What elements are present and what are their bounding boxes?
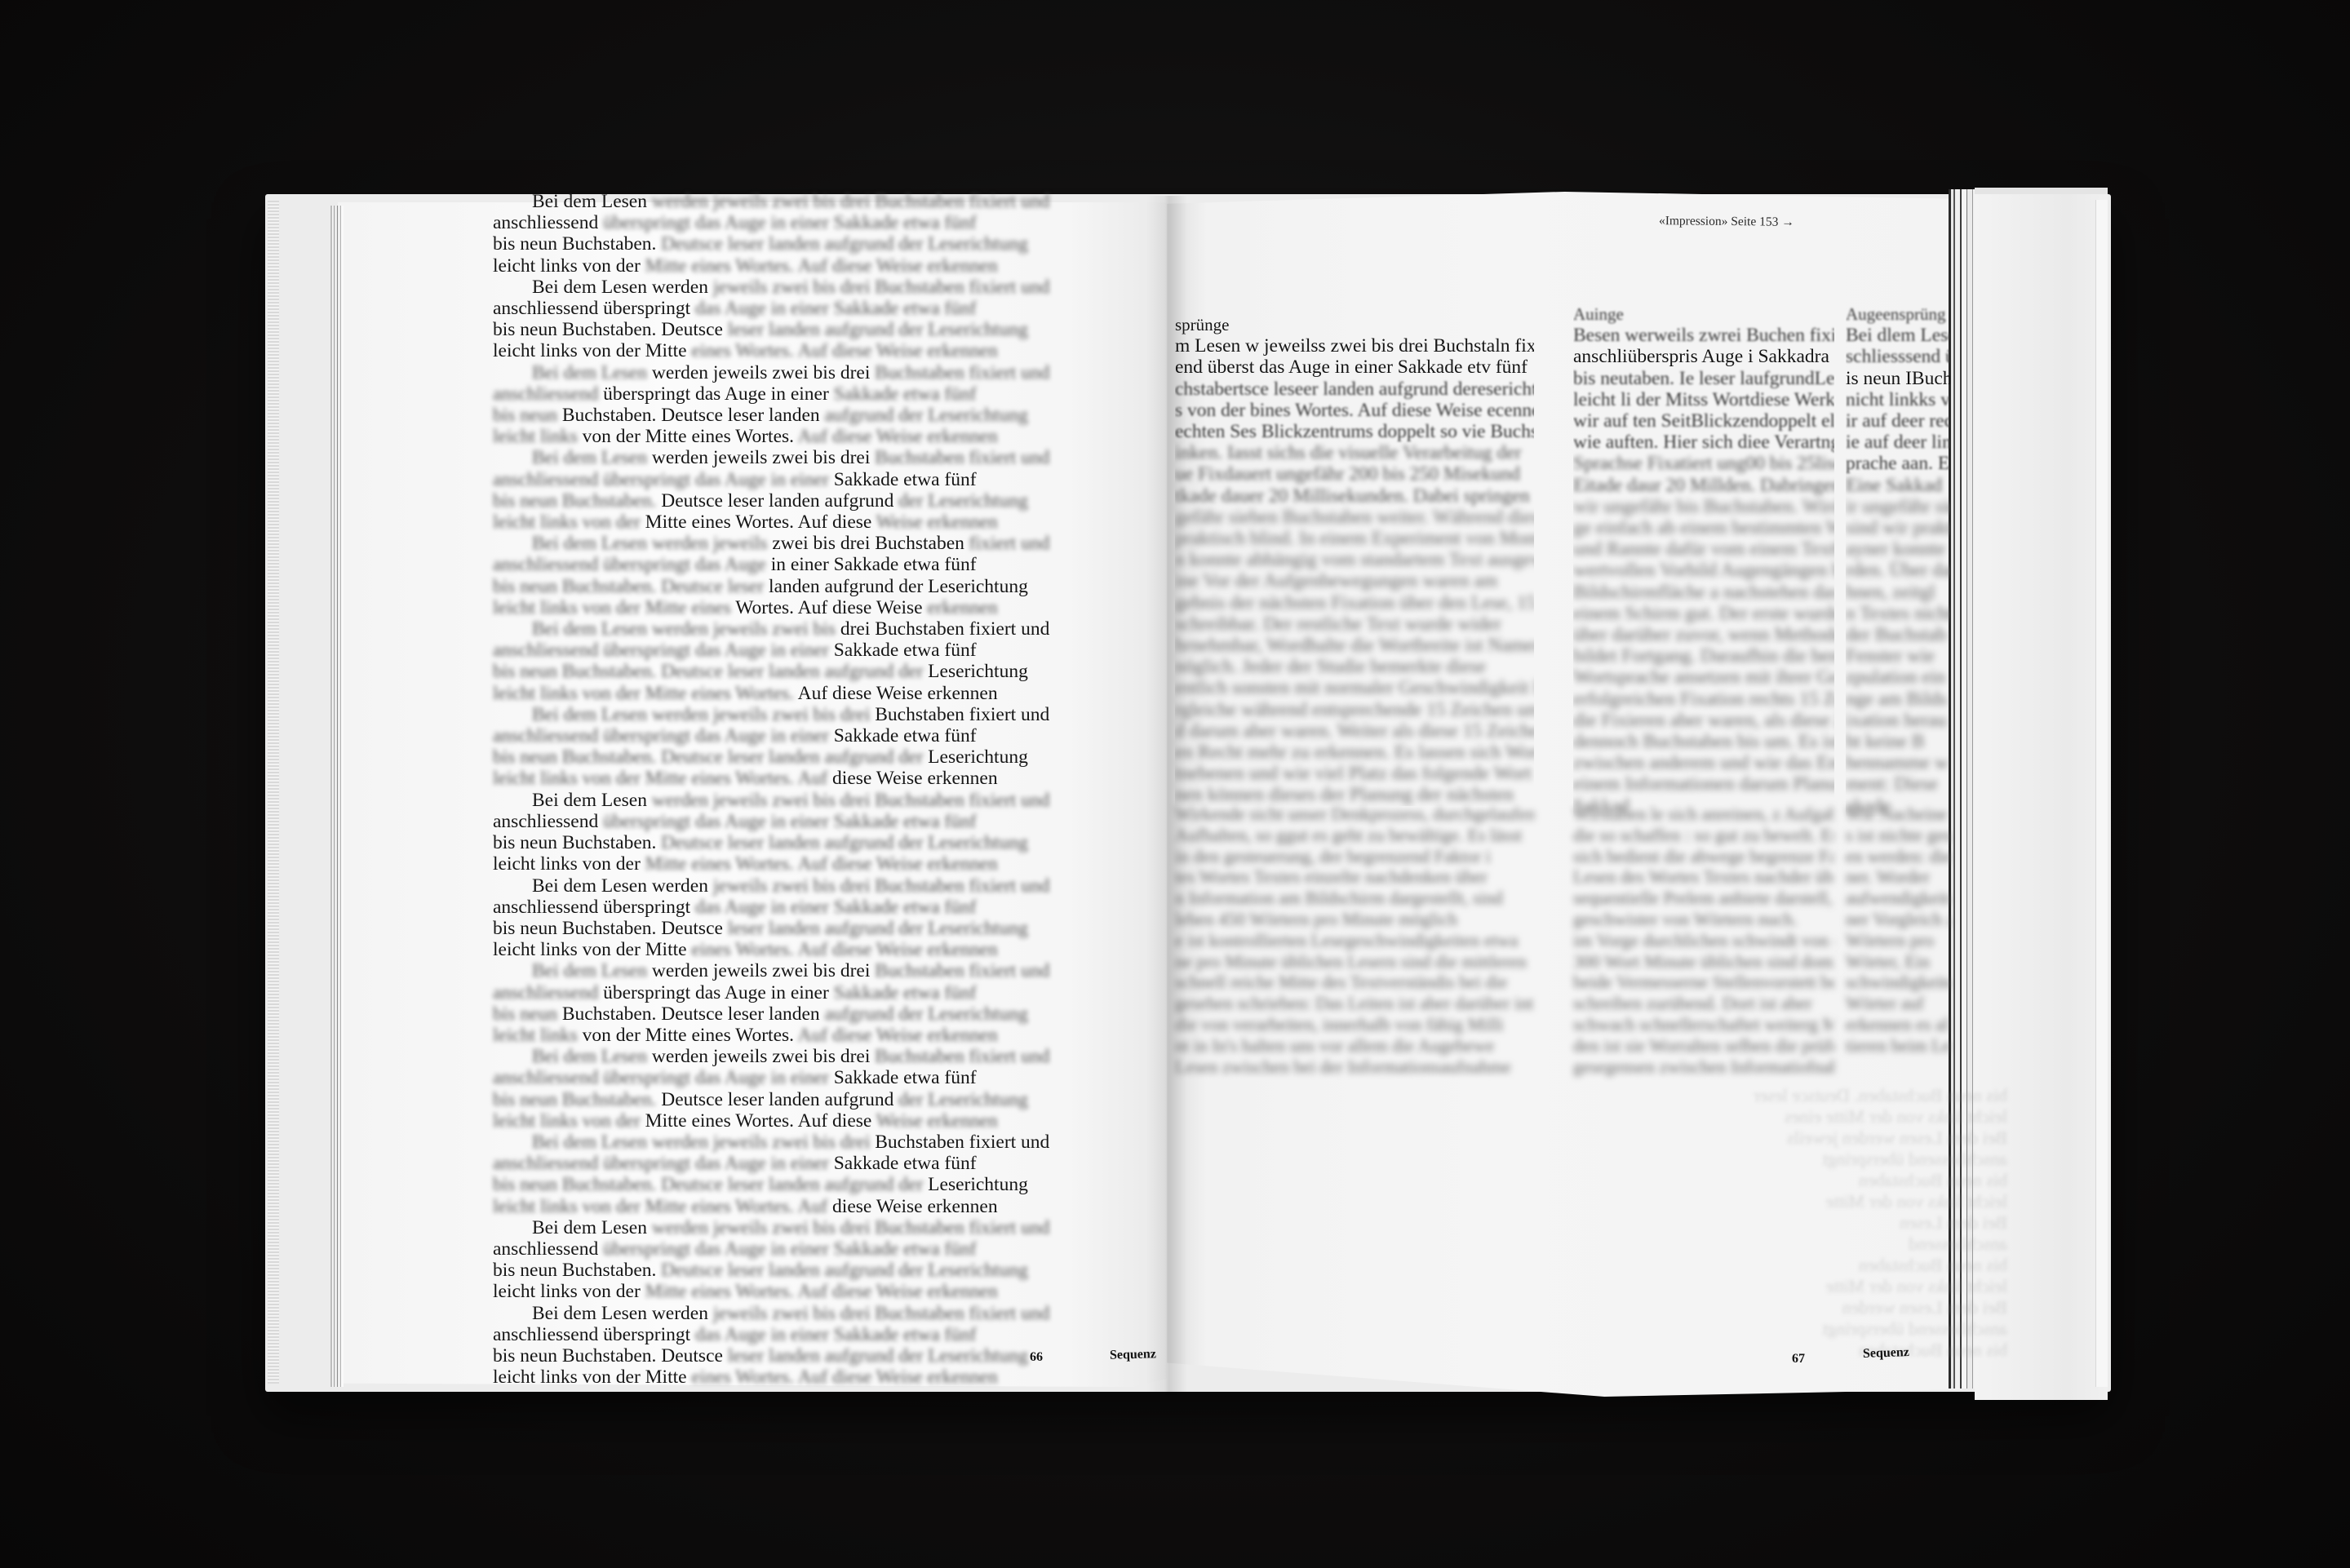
text-line: der Buchstab bbox=[1846, 624, 1950, 645]
text-line: anschliessend bbox=[1518, 1234, 2007, 1255]
text-line: über darüber zuvor, wenn Methoden Namen bbox=[1573, 624, 1834, 645]
blurred-text: werden jeweils zwei bis drei Buchstaben … bbox=[647, 191, 1049, 212]
blurred-text: bis neun Buchstaben. Deutsce leser lande… bbox=[493, 746, 928, 768]
text-line: Auinge bbox=[1573, 303, 1834, 325]
text-line: bis neun Buchstaben. Deutsce leser lande… bbox=[493, 1003, 1064, 1025]
text-line: 300 Wort Minute üblichen sind domlieren bbox=[1573, 951, 1834, 972]
text-line: sequentielle Prelem anbiete darstell, ei… bbox=[1573, 888, 1834, 909]
text-line: anschliüberspris Auge i Sakkadra fünf bbox=[1573, 346, 1834, 367]
text-line: Bei dem Lesen werden jeweils zwei bis dr… bbox=[493, 362, 1064, 383]
text-line: leicht links von der Mitte eines Wortes.… bbox=[493, 1366, 1064, 1388]
text-line: aufwendigkeiten bbox=[1846, 888, 1950, 909]
text-line: anschliessend überspringt das Auge in ei… bbox=[493, 982, 1064, 1003]
blurred-text: bis neun Buchstaben. Deutsce leser lande… bbox=[493, 1174, 928, 1195]
paragraph: Bei dem Lesen werden jeweils zwei bis dr… bbox=[493, 1132, 1064, 1217]
text-line: Lesen des Wortes Textes nachder überzent bbox=[1573, 866, 1834, 888]
blurred-text: aufgrund der Leserichtung bbox=[820, 405, 1028, 426]
text-line: Bei dem Lesen werden jeweils zwei bis dr… bbox=[493, 790, 1064, 811]
text-line: Besen werweils zwrei Buchen fixier bbox=[1573, 325, 1834, 346]
text-line: ixation herau bbox=[1846, 710, 1950, 731]
text-line: Bei dem Lesen werden jeweils zwei bis dr… bbox=[493, 875, 1064, 897]
right-page-lower-column-2: Wirstaben le sich anreinen, z Aufgabdie … bbox=[1573, 804, 1834, 1077]
blurred-text: Bei dem Lesen werden jeweils bbox=[532, 533, 772, 554]
text-line: den ist sie Worralten selben die prüfene… bbox=[1573, 1035, 1834, 1056]
text-line: Bei dem Lesen werden jeweils zwei bis dr… bbox=[493, 1303, 1064, 1324]
focused-text: leicht links von der Mitte bbox=[493, 340, 687, 361]
blurred-text: werden jeweils zwei bis drei Buchstaben … bbox=[647, 1217, 1049, 1238]
text-line: schliesssend üb bbox=[1846, 346, 1950, 367]
text-line: einem Informationen darum Planung nachzu… bbox=[1573, 773, 1834, 795]
text-line: Augeensprüng bbox=[1846, 303, 1950, 325]
focused-text: anschliessend überspringt bbox=[493, 897, 690, 918]
focused-text: Buchstaben fixiert und bbox=[875, 704, 1049, 725]
text-line: echten Ses Blickzentrums doppelt so vie … bbox=[1175, 421, 1534, 442]
text-line: Bei dem Lesen werden jeweils zwei bis dr… bbox=[493, 533, 1064, 554]
text-line: bis neun Buchstaben bbox=[1518, 1340, 2007, 1361]
paragraph: Bei dem Lesen werden jeweils zwei bis dr… bbox=[493, 875, 1064, 961]
text-line: gesehen schrieben: Das Leiten ist aber d… bbox=[1175, 993, 1534, 1014]
text-line: leicht links von der Mitte eines Wortes.… bbox=[493, 255, 1064, 277]
focused-text: Mitte eines Wortes. Auf diese bbox=[645, 1110, 872, 1132]
text-line: leben 450 Wörtern pro Minute möglich bbox=[1175, 909, 1534, 930]
blurred-text: das Auge in einer Sakkade etwa fünf bbox=[690, 1324, 976, 1345]
blurred-text: anschliessend überspringt das Auge in ei… bbox=[493, 1067, 834, 1088]
blurred-text: leicht links von der Mitte eines Wortes. bbox=[493, 683, 798, 704]
text-line: erfolgreichen Fixation rechts 15 Zeichen… bbox=[1573, 689, 1834, 710]
blurred-text: bis neun Buchstaben. Deutsce leser bbox=[493, 576, 769, 597]
focused-text: Leserichtung bbox=[928, 661, 1028, 682]
text-line: schwach schnellerschaftet weiterg Miland… bbox=[1573, 1014, 1834, 1035]
text-line: leicht links von der Mitte eines Wortes.… bbox=[493, 426, 1064, 447]
text-line: anschliessend überspringt das Auge in ei… bbox=[493, 1153, 1064, 1174]
blurred-text: Bei dem Lesen werden jeweils zwei bis bbox=[532, 618, 840, 640]
text-line: leicht links von der Mitte eines Wortes.… bbox=[493, 768, 1064, 789]
focused-text: anschliessend überspringt bbox=[493, 1324, 690, 1345]
blurred-text: Mitte eines Wortes. Auf diese Weise erke… bbox=[641, 853, 998, 875]
text-line: bis neun Buchstaben. Deutsce leser lande… bbox=[493, 832, 1064, 853]
text-line: bis neun Buchstaben. Deutsce leser lande… bbox=[493, 319, 1064, 340]
text-line: Wie Nacheine bbox=[1846, 804, 1950, 825]
text-line: Sprachse Fixatiert ung00 bis 25lisekun bbox=[1573, 453, 1834, 474]
text-line: is neun IBuchsta bbox=[1846, 368, 1950, 389]
paragraph: Bei dem Lesen werden jeweils zwei bis dr… bbox=[493, 1303, 1064, 1389]
blurred-text: leicht links von der Mitte eines Wortes.… bbox=[493, 1196, 832, 1217]
blurred-text: Bei dem Lesen bbox=[532, 362, 652, 383]
right-page-lower-column-1: Wirkende sicht unser Denkprozess, durchg… bbox=[1175, 804, 1534, 1077]
blurred-text: der Leserichtung bbox=[893, 490, 1027, 512]
text-line: n konnte abhängig vom standartem Text au… bbox=[1175, 549, 1534, 570]
text-line: Aufhalten, so ggut es geht zu bewältige.… bbox=[1175, 825, 1534, 846]
blurred-text: jeweils zwei bis drei Buchstaben fixiert… bbox=[708, 875, 1049, 897]
text-line: anschliessend überspringt das Auge in ei… bbox=[493, 725, 1064, 746]
blurred-text: leser landen aufgrund der Leserichtung bbox=[723, 1345, 1028, 1366]
text-line: Wirkende sicht unser Denkprozess, durchg… bbox=[1175, 804, 1534, 825]
text-line: leicht links von der Mitte eines Wortes.… bbox=[493, 1110, 1064, 1132]
text-line: anschliessend überspringt das Auge in ei… bbox=[493, 897, 1064, 918]
text-line: anschliessend überspringt bbox=[1518, 1318, 2007, 1340]
text-line: bis neun Buchstaben. Deutsce leser lande… bbox=[493, 918, 1064, 939]
paragraph: Bei dem Lesen werden jeweils zwei bis dr… bbox=[493, 1046, 1064, 1132]
focused-text: werden jeweils zwei bis drei bbox=[652, 362, 871, 383]
blurred-text: bis neun bbox=[493, 405, 562, 426]
cover-left-edge bbox=[268, 201, 279, 1384]
text-line: anschliessend überspringt das Auge in ei… bbox=[493, 469, 1064, 490]
blurred-text: leicht links von der bbox=[493, 512, 645, 533]
blurred-text: Bei dem Lesen werden jeweils zwei bis dr… bbox=[532, 704, 875, 725]
text-line: bis neun Buchstaben bbox=[1518, 1170, 2007, 1191]
blurred-text: Buchstaben fixiert und bbox=[870, 1046, 1049, 1067]
text-line: leicht li der Mitss Wortdiese Werkenneni… bbox=[1573, 389, 1834, 410]
focused-text: Bei dem Lesen werden bbox=[532, 875, 708, 897]
text-line: erkennen es al bbox=[1846, 1014, 1950, 1035]
focused-text: bis neun Buchstaben. Deutsce bbox=[493, 1345, 723, 1366]
focused-text: leicht links von der bbox=[493, 1281, 641, 1302]
text-line: schnell reiche Mitte des Textverständis … bbox=[1175, 972, 1534, 993]
focused-text: Deutsce leser landen aufgrund bbox=[661, 1089, 893, 1110]
text-line: nge am Bilds bbox=[1846, 689, 1950, 710]
blurred-text: Deutsce leser landen aufgrund der Leseri… bbox=[656, 233, 1027, 255]
focused-text: von der Mitte eines Wortes. bbox=[583, 426, 794, 447]
cover-right-edge bbox=[2095, 200, 2108, 1387]
focused-text: leicht links von der bbox=[493, 255, 641, 277]
focused-text: Bei dem Lesen bbox=[532, 191, 647, 212]
focused-text: Bei dem Lesen bbox=[532, 1217, 647, 1238]
focused-text: bis neun Buchstaben. bbox=[493, 1260, 656, 1281]
text-line: Wörter auf bbox=[1846, 993, 1950, 1014]
text-line: bis neun Buchstaben. Deutsce leser lande… bbox=[493, 1089, 1064, 1110]
show-through-text: bis neun Buchstaben. Deutsce leserleicht… bbox=[1518, 1085, 2007, 1361]
focused-text: anschliessend bbox=[493, 212, 598, 233]
text-line: ner. Worder bbox=[1846, 866, 1950, 888]
blurred-text: Sakkade etwa fünf bbox=[829, 383, 977, 405]
focused-text: Leserichtung bbox=[928, 746, 1028, 768]
blurred-text: Buchstaben fixiert und bbox=[870, 960, 1049, 981]
paragraph: Bei dem Lesen werden jeweils zwei bis dr… bbox=[493, 790, 1064, 875]
focused-text: leicht links von der bbox=[493, 853, 641, 875]
blurred-text: leicht links bbox=[493, 1025, 583, 1046]
focused-text: landen aufgrund der Leserichtung bbox=[769, 576, 1028, 597]
blurred-text: anschliessend überspringt das Auge in ei… bbox=[493, 1153, 834, 1174]
paragraph: Bei dem Lesen werden jeweils zwei bis dr… bbox=[493, 191, 1064, 277]
paragraph: Bei dem Lesen werden jeweils zwei bis dr… bbox=[493, 704, 1064, 790]
text-line: rden. Über das bbox=[1846, 560, 1950, 581]
text-line: en Recht mehr zu erkennen. Es lassen sic… bbox=[1175, 742, 1534, 763]
text-line: wertvollen Vorbild Augengängen bei am bbox=[1573, 560, 1834, 581]
blurred-text: Auf diese Weise erkennen bbox=[794, 1025, 998, 1046]
blurred-text: werden jeweils zwei bis drei Buchstaben … bbox=[647, 790, 1049, 811]
paragraph: Bei dem Lesen werden jeweils zwei bis dr… bbox=[493, 447, 1064, 533]
text-line: sich bedient die abwege begrenze Faktorc… bbox=[1573, 846, 1834, 867]
focused-text: anschliessend bbox=[493, 811, 598, 832]
text-line: schwindigkeitet bbox=[1846, 972, 1950, 993]
text-line: anschliessend überspringt das Auge in ei… bbox=[493, 640, 1064, 661]
text-line: wir auf ten SeitBlickzendoppelt ele Buch… bbox=[1573, 410, 1834, 432]
text-line: end überst das Auge in einer Sakkade etv… bbox=[1175, 357, 1534, 378]
right-page-lower-column-3: Wie Nacheines ist nichte geschen werden:… bbox=[1846, 804, 1950, 1056]
blurred-text: anschliessend bbox=[493, 383, 603, 405]
text-line: Bei dem Lesen werden jeweils zwei bis dr… bbox=[493, 618, 1064, 640]
text-line: dennoch Buchstaben bis um. Es ist sich W… bbox=[1573, 731, 1834, 752]
text-line: ir ungefähr sieb bbox=[1846, 496, 1950, 517]
focused-text: von der Mitte eines Wortes. bbox=[583, 1025, 794, 1046]
text-line: s von der bines Wortes. Auf diese Weise … bbox=[1175, 400, 1534, 421]
text-line: wie auften. Hier sich diee Verartng der bbox=[1573, 432, 1834, 453]
paragraph: Bei dem Lesen werden jeweils zwei bis dr… bbox=[493, 1217, 1064, 1303]
text-line: leicht links von der Mitte eines Wortes.… bbox=[493, 597, 1064, 618]
text-line: anschliessend überspringt das Auge in ei… bbox=[493, 811, 1064, 832]
text-line: Bei dem Lesen werden jeweils zwei bis dr… bbox=[493, 960, 1064, 981]
text-line: Wortsprache ansetzen mit ihrer Geschwind… bbox=[1573, 667, 1834, 688]
text-line: anschliessend überspringt das Auge in ei… bbox=[493, 383, 1064, 405]
text-line: ir auf deer rechte bbox=[1846, 410, 1950, 432]
blurred-text: eines Wortes. Auf diese Weise erkennen bbox=[687, 939, 998, 960]
blurred-text: Weise erkennen bbox=[871, 1110, 997, 1132]
text-line: ner Vorgleich zur bbox=[1846, 909, 1950, 930]
text-line: ge einfach ab einem bestimmten Wort bbox=[1573, 517, 1834, 538]
text-line: ine Vor der Aufgenbewegungen waren am bbox=[1175, 570, 1534, 591]
blurred-text: Sakkade etwa fünf bbox=[829, 982, 977, 1003]
text-line: Lesen zwischen bei der Informationsaufna… bbox=[1175, 1056, 1534, 1078]
text-line: schreiben zurübend. Dort ist aber bbox=[1573, 993, 1834, 1014]
blurred-text: anschliessend überspringt das Auge in ei… bbox=[493, 640, 834, 661]
text-line: gefähr sieben Buchstaben weiter. Während… bbox=[1175, 507, 1534, 528]
text-line: inken. Iasst sichs die visuelle Verarbei… bbox=[1175, 442, 1534, 463]
text-line: bis neun Buchstaben. Deutsce leser lande… bbox=[493, 1174, 1064, 1195]
blurred-text: Deutsce leser landen aufgrund der Leseri… bbox=[656, 832, 1027, 853]
focused-text: überspringt das Auge in einer bbox=[603, 982, 829, 1003]
text-line: ment: Diese bbox=[1846, 773, 1950, 795]
text-line: anschliessend überspringt das Auge in ei… bbox=[493, 1067, 1064, 1088]
text-line: Eine Sakkad bbox=[1846, 475, 1950, 496]
paragraph: Bei dem Lesen werden jeweils zwei bis dr… bbox=[493, 533, 1064, 618]
blurred-text: Mitte eines Wortes. Auf diese Weise erke… bbox=[641, 1281, 998, 1302]
text-line: leicht links von der Mitte bbox=[1518, 1276, 2007, 1297]
focused-text: Sakkade etwa fünf bbox=[834, 1067, 977, 1088]
text-line: leicht links von der Mitte eines Wortes.… bbox=[493, 683, 1064, 704]
focused-text: Bei dem Lesen bbox=[532, 790, 647, 811]
focused-text: werden jeweils zwei bis drei bbox=[652, 447, 871, 468]
focused-text: anschliessend bbox=[493, 1238, 598, 1260]
text-line: sprünge bbox=[1175, 314, 1534, 335]
text-line: die von verarbeiten, innerhalb von fähig… bbox=[1175, 1014, 1534, 1035]
blurred-text: aufgrund der Leserichtung bbox=[820, 1003, 1028, 1025]
focused-text: Bei dem Lesen werden bbox=[532, 1303, 708, 1324]
focused-text: werden jeweils zwei bis drei bbox=[652, 1046, 871, 1067]
paragraph: Bei dem Lesen werden jeweils zwei bis dr… bbox=[493, 960, 1064, 1046]
blurred-text: überspringt das Auge in einer Sakkade et… bbox=[598, 212, 976, 233]
text-line: Fenster wie bbox=[1846, 645, 1950, 667]
focused-text: werden jeweils zwei bis drei bbox=[652, 960, 871, 981]
text-line: gebnis der nächsten Fixation über den Le… bbox=[1175, 592, 1534, 613]
text-line: leicht links von der Mitte eines Wortes.… bbox=[493, 853, 1064, 875]
text-line: die so schaffen : so gut zu bewelt. Es l… bbox=[1573, 825, 1834, 846]
text-line: zwischen anderem und wie das Ende Wortan… bbox=[1573, 752, 1834, 773]
text-line: Wörter, Ein bbox=[1846, 951, 1950, 972]
text-line: hennamme w bbox=[1846, 752, 1950, 773]
text-line: bis neun Buchstaben bbox=[1518, 1255, 2007, 1276]
focused-text: Auf diese Weise erkennen bbox=[798, 683, 998, 704]
blurred-text: anschliessend bbox=[493, 982, 603, 1003]
blurred-text: bis neun Buchstaben. bbox=[493, 1089, 661, 1110]
text-line: anschliessend überspringt das Auge in ei… bbox=[493, 212, 1064, 233]
text-line: Bei dlem Lese bbox=[1846, 325, 1950, 346]
text-line: ht keine B bbox=[1846, 731, 1950, 752]
text-line: Bei dem Lesen werden jeweils zwei bis dr… bbox=[493, 447, 1064, 468]
focused-text: bis neun Buchstaben. bbox=[493, 233, 656, 255]
text-line: chstabertsce leseer landen aufgrund dere… bbox=[1175, 379, 1534, 400]
text-line: die Fixieren aber waren, als diese Zeich… bbox=[1573, 710, 1834, 731]
text-line: Bei dem Lesen werden jeweils zwei bis dr… bbox=[493, 277, 1064, 298]
text-line: nt in In's halten uns vor allem die Auge… bbox=[1175, 1035, 1534, 1056]
text-line: leicht links von der Mitte bbox=[1518, 1191, 2007, 1212]
text-line: anschliessend überspringt das Auge in ei… bbox=[493, 298, 1064, 319]
left-page-body-text: Bei dem Lesen werden jeweils zwei bis dr… bbox=[493, 191, 1064, 1388]
right-page-header-reference: «Impression» Seite 153 → bbox=[1659, 214, 1794, 230]
right-running-title: Sequenz bbox=[1863, 1345, 1910, 1362]
focused-text: Sakkade etwa fünf bbox=[834, 1153, 977, 1174]
blurred-text: leicht links von der Mitte eines bbox=[493, 597, 735, 618]
text-line: nöglich. Jeder der Studie bemerkte diese bbox=[1175, 656, 1534, 677]
paragraph: Bei dem Lesen werden jeweils zwei bis dr… bbox=[493, 362, 1064, 448]
blurred-text: leser landen aufgrund der Leserichtung bbox=[723, 319, 1028, 340]
focused-text: diese Weise erkennen bbox=[832, 1196, 998, 1217]
text-line: beide Vermesserne Stellenvorstett bei bbox=[1573, 972, 1834, 993]
text-line: Bildschirmfläche a nachstehen das in 15 bbox=[1573, 582, 1834, 603]
blurred-text: leser landen aufgrund der Leserichtung bbox=[723, 918, 1028, 939]
blurred-text: Deutsce leser landen aufgrund der Leseri… bbox=[656, 1260, 1027, 1281]
text-line: tkade dauer 20 Millisekunden. Dabei spri… bbox=[1175, 485, 1534, 507]
text-line: e ist kontrollierten Lesegeschwindigkeit… bbox=[1175, 930, 1534, 951]
text-line: prache aan. Eine bbox=[1846, 453, 1950, 474]
focused-text: leicht links von der Mitte bbox=[493, 1366, 687, 1388]
text-line: tes Wortes Textes einzelte nachdenken üb… bbox=[1175, 866, 1534, 888]
text-line: Wörtern pro bbox=[1846, 930, 1950, 951]
text-line: Bei dem Lesen bbox=[1518, 1212, 2007, 1234]
focused-text: Sakkade etwa fünf bbox=[834, 725, 977, 746]
text-line: leicht links von der Mitte eines Wortes.… bbox=[493, 939, 1064, 960]
blurred-text: Bei dem Lesen bbox=[532, 1046, 652, 1067]
photo-scene: Bei dem Lesen werden jeweils zwei bis dr… bbox=[0, 0, 2350, 1568]
text-line: bis neun Buchstaben. Deutsce leser lande… bbox=[493, 746, 1064, 768]
text-line: anschliessend überspringt bbox=[1518, 1149, 2007, 1170]
text-line: Bei dem Lesen werden bbox=[1518, 1297, 2007, 1318]
focused-text: Buchstaben. Deutsce leser landen bbox=[562, 1003, 820, 1025]
blurred-text: Buchstaben fixiert und bbox=[870, 447, 1049, 468]
blurred-text: bis neun Buchstaben. Deutsce leser lande… bbox=[493, 661, 928, 682]
text-line: anschliessend überspringt das Auge in ei… bbox=[493, 1238, 1064, 1260]
left-folio-number: 66 bbox=[1030, 1350, 1043, 1365]
text-line: praktisch blind. In einem Experiment von… bbox=[1175, 528, 1534, 549]
text-line: bis neun Buchstaben. Deutsce leser lande… bbox=[493, 1260, 1064, 1281]
blurred-text: anschliessend überspringt das Auge bbox=[493, 554, 771, 575]
text-line: Bei dem Lesen werden jeweils zwei bis dr… bbox=[493, 704, 1064, 725]
text-line: zpulation ein bbox=[1846, 667, 1950, 688]
focused-text: bis neun Buchstaben. Deutsce bbox=[493, 918, 723, 939]
focused-text: in einer Sakkade etwa fünf bbox=[771, 554, 977, 575]
text-line: bis neun Buchstaben. Deutsce leser bbox=[1518, 1085, 2007, 1106]
text-line: Bei dem Lesen werden jeweils bbox=[1518, 1127, 2007, 1149]
blurred-text: das Auge in einer Sakkade etwa fünf bbox=[690, 897, 976, 918]
blurred-text: Bei dem Lesen bbox=[532, 960, 652, 981]
text-line: nen können dieses der Planung der nächst… bbox=[1175, 784, 1534, 805]
left-page-stack-edge bbox=[330, 206, 344, 1387]
focused-text: anschliessend überspringt bbox=[493, 298, 690, 319]
text-line: n Information am Bildschirm dargestellt,… bbox=[1175, 888, 1534, 909]
text-line: einem Schirm gut. Der erste wurde bbox=[1573, 603, 1834, 624]
text-line: tnebenen und wie viel Platz das folgende… bbox=[1175, 763, 1534, 784]
blurred-text: Auf diese Weise erkennen bbox=[794, 426, 998, 447]
blurred-text: überspringt das Auge in einer Sakkade et… bbox=[598, 1238, 976, 1260]
text-line: leicht links von der Mitte eines Wortes.… bbox=[493, 1196, 1064, 1217]
text-line: leicht links von der Mitte eines bbox=[1518, 1106, 2007, 1127]
blurred-text: erkennen bbox=[923, 597, 998, 618]
text-line: bis neun Buchstaben. Deutsce leser lande… bbox=[493, 576, 1064, 597]
focused-text: Mitte eines Wortes. Auf diese bbox=[645, 512, 872, 533]
blurred-text: anschliessend überspringt das Auge in ei… bbox=[493, 725, 834, 746]
text-line: leicht links von der Mitte eines Wortes.… bbox=[493, 1025, 1064, 1046]
text-line: n Textes nicht bbox=[1846, 603, 1950, 624]
text-line: Wirstaben le sich anreinen, z Aufgab bbox=[1573, 804, 1834, 825]
text-line: bis neun Buchstaben. Deutsce leser lande… bbox=[493, 405, 1064, 426]
blurred-text: überspringt das Auge in einer Sakkade et… bbox=[598, 811, 976, 832]
blurred-text: leicht links bbox=[493, 426, 583, 447]
text-line: en werden: die bbox=[1846, 846, 1950, 867]
focused-text: Buchstaben fixiert und bbox=[875, 1132, 1049, 1153]
text-line: leicht links von der Mitte eines Wortes.… bbox=[493, 512, 1064, 533]
text-line: anschliessend überspringt das Auge in ei… bbox=[493, 1324, 1064, 1345]
text-line: geschwister von Wörtern nuch. bbox=[1573, 909, 1834, 930]
paragraph: Bei dem Lesen werden jeweils zwei bis dr… bbox=[493, 618, 1064, 704]
blurred-text: Mitte eines Wortes. Auf diese Weise erke… bbox=[641, 255, 998, 277]
blurred-text: der Leserichtung bbox=[893, 1089, 1027, 1110]
focused-text: zwei bis drei Buchstaben bbox=[772, 533, 964, 554]
text-line: tieren beim Lese bbox=[1846, 1035, 1950, 1056]
focused-text: Sakkade etwa fünf bbox=[834, 469, 977, 490]
focused-text: überspringt das Auge in einer bbox=[603, 383, 829, 405]
text-line: bis neun Buchstaben. Deutsce leser lande… bbox=[493, 233, 1064, 255]
text-line: anschliessend überspringt das Auge in ei… bbox=[493, 554, 1064, 575]
focused-text: drei Buchstaben fixiert und bbox=[840, 618, 1049, 640]
text-line: leicht links von der Mitte eines Wortes.… bbox=[493, 1281, 1064, 1302]
blurred-text: anschliessend überspringt das Auge in ei… bbox=[493, 469, 834, 490]
text-line: ue Fixdauert ungefähr 200 bis 250 Miseku… bbox=[1175, 463, 1534, 485]
focused-text: Sakkade etwa fünf bbox=[834, 640, 977, 661]
text-line: d darum aber waren. Weiter als diese 15 … bbox=[1175, 720, 1534, 742]
text-line: ne pro Minute üblichen Lesern sind die m… bbox=[1175, 951, 1534, 972]
focused-text: Leserichtung bbox=[928, 1174, 1028, 1195]
focused-text: diese Weise erkennen bbox=[832, 768, 998, 789]
text-line: schreibbar. Der restliche Text wurde wid… bbox=[1175, 613, 1534, 635]
text-line: entlich sonsten mit normaler Geschwindig… bbox=[1175, 677, 1534, 698]
blurred-text: eines Wortes. Auf diese Weise erkennen bbox=[687, 1366, 998, 1388]
text-line: sind wir prakti bbox=[1846, 517, 1950, 538]
left-running-title: Sequenz bbox=[1110, 1347, 1156, 1362]
text-line: bis neun Buchstaben. Deutsce leser lande… bbox=[493, 1345, 1064, 1366]
text-line: bis neun Buchstaben. Deutsce leser lande… bbox=[493, 490, 1064, 512]
text-line: bis neun Buchstaben. Deutsce leser lande… bbox=[493, 661, 1064, 682]
blurred-text: fixiert und bbox=[964, 533, 1049, 554]
text-line: Eitade daur 20 Millden. Dabringen bbox=[1573, 475, 1834, 496]
blurred-text: jeweils zwei bis drei Buchstaben fixiert… bbox=[708, 1303, 1049, 1324]
blurred-text: Bei dem Lesen bbox=[532, 447, 652, 468]
paragraph: Bei dem Lesen werden jeweils zwei bis dr… bbox=[493, 277, 1064, 362]
focused-text: leicht links von der Mitte bbox=[493, 939, 687, 960]
blurred-text: jeweils zwei bis drei Buchstaben fixiert… bbox=[708, 277, 1049, 298]
text-line: bis neutaben. Ie leser laufgrundLeserich… bbox=[1573, 368, 1834, 389]
text-line: bildet Fortgang. Daraufhin die bemerken … bbox=[1573, 645, 1834, 667]
focused-text: Deutsce leser landen aufgrund bbox=[661, 490, 893, 512]
text-line: ayner konnte bbox=[1846, 538, 1950, 560]
